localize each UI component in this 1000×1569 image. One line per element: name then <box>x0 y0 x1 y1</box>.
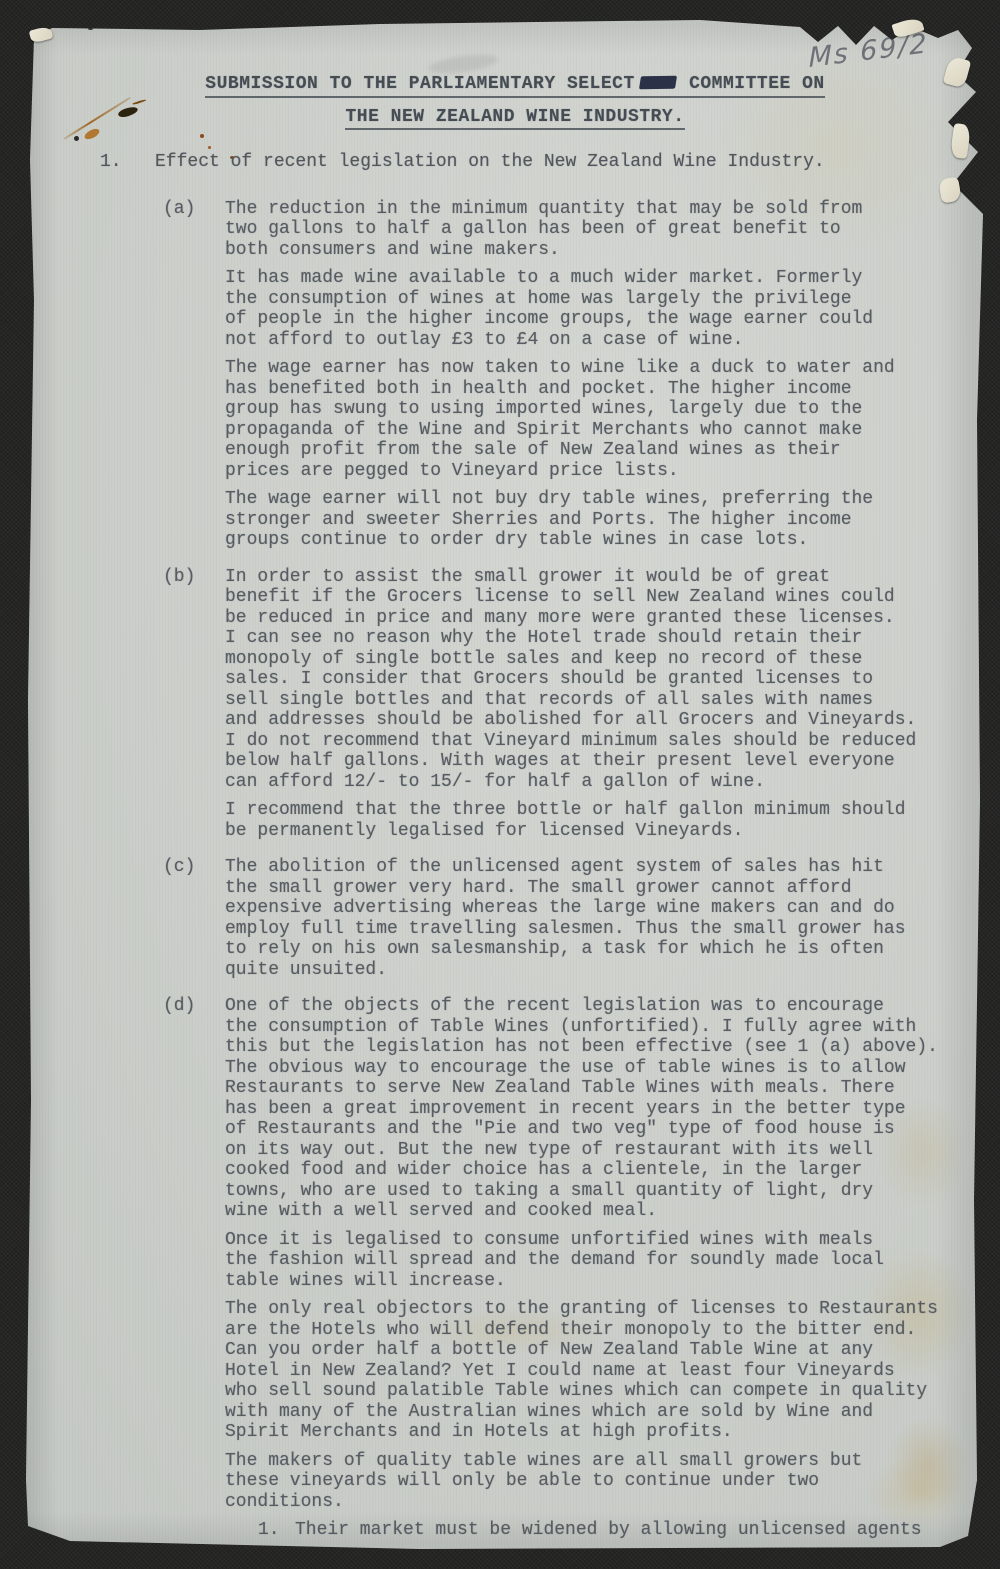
scanned-document-scene: Ms 69/2 SUBMISSION TO THE PARLIAMENTARY … <box>0 0 1000 1569</box>
paragraph: The abolition of the unlicensed agent sy… <box>225 857 970 980</box>
section-heading: Effect of recent legislation on the New … <box>155 152 825 173</box>
condition-text: Their market must be widened by allowing… <box>295 1520 922 1541</box>
lettered-items: (a) The reduction in the minimum quantit… <box>18 199 986 1549</box>
item-a: (a) The reduction in the minimum quantit… <box>18 199 986 559</box>
document-title: SUBMISSION TO THE PARLIAMENTARY SELECT C… <box>18 74 986 130</box>
redaction-mark <box>639 76 677 90</box>
typed-content: SUBMISSION TO THE PARLIAMENTARY SELECT C… <box>18 18 986 1552</box>
item-c-label: (c) <box>163 857 225 988</box>
title-line1-text-after: COMMITTEE ON <box>689 74 825 94</box>
paragraph: I recommend that the three bottle or hal… <box>225 800 970 841</box>
title-line1-text: SUBMISSION TO THE PARLIAMENTARY SELECT <box>205 74 634 94</box>
section-heading-row: 1. Effect of recent legislation on the N… <box>100 152 986 173</box>
item-c: (c) The abolition of the unlicensed agen… <box>18 857 986 988</box>
section-number: 1. <box>100 152 155 173</box>
paragraph: The wage earner will not buy dry table w… <box>225 489 970 551</box>
numbered-condition-1: 1. Their market must be widened by allow… <box>258 1520 970 1541</box>
item-d-label: (d) <box>163 996 225 1549</box>
paragraph: It has made wine available to a much wid… <box>225 268 970 350</box>
item-d: (d) One of the objects of the recent leg… <box>18 996 986 1549</box>
condition-number: 1. <box>258 1520 295 1541</box>
paragraph: In order to assist the small grower it w… <box>225 567 970 793</box>
paragraph: One of the objects of the recent legisla… <box>225 996 970 1222</box>
item-b-label: (b) <box>163 567 225 850</box>
item-a-label: (a) <box>163 199 225 559</box>
paragraph: The makers of quality table wines are al… <box>225 1451 970 1513</box>
item-b: (b) In order to assist the small grower … <box>18 567 986 850</box>
paragraph: Once it is legalised to consume unfortif… <box>225 1230 970 1292</box>
paragraph: The reduction in the minimum quantity th… <box>225 199 970 261</box>
paragraph: The only real objectors to the granting … <box>225 1299 970 1443</box>
paragraph: The wage earner has now taken to wine li… <box>225 358 970 481</box>
title-line2-text: THE NEW ZEALAND WINE INDUSTRY. <box>345 107 684 131</box>
paper-sheet: Ms 69/2 SUBMISSION TO THE PARLIAMENTARY … <box>18 18 986 1552</box>
